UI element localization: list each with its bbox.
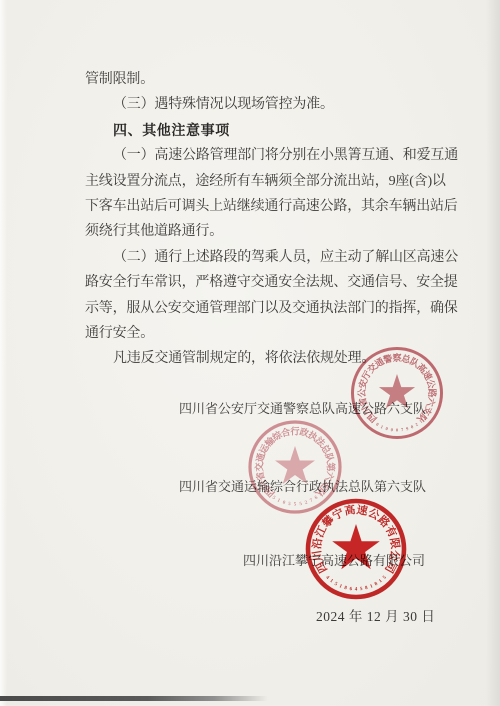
svg-text:合: 合 bbox=[280, 426, 293, 439]
svg-text:4: 4 bbox=[324, 575, 330, 581]
svg-text:六: 六 bbox=[425, 396, 438, 409]
svg-text:5: 5 bbox=[299, 502, 303, 507]
svg-text:1: 1 bbox=[418, 418, 424, 424]
svg-text:安: 安 bbox=[356, 378, 369, 390]
svg-text:1: 1 bbox=[329, 579, 334, 585]
svg-text:高: 高 bbox=[343, 502, 356, 518]
svg-text:5: 5 bbox=[333, 582, 338, 588]
svg-text:0: 0 bbox=[390, 427, 394, 432]
body-line: 凡违反交通管制规定的，将依法依规处理。 bbox=[85, 346, 439, 371]
body-line: 管制限制。 bbox=[85, 67, 439, 92]
svg-text:2: 2 bbox=[414, 421, 419, 427]
svg-text:1: 1 bbox=[378, 578, 383, 584]
svg-text:攀: 攀 bbox=[318, 512, 336, 530]
svg-text:1: 1 bbox=[276, 498, 281, 504]
svg-text:通: 通 bbox=[253, 451, 266, 464]
body-line: 通行安全。 bbox=[85, 321, 439, 346]
scanned-document-page: 管制限制。 （三）遇特殊情况以现场管控为准。 四、其他注意事项 （一）高速公路管… bbox=[0, 0, 500, 706]
document-date: 2024 年 12 月 30 日 bbox=[316, 605, 435, 625]
scan-edge-right bbox=[486, 0, 500, 706]
svg-text:有: 有 bbox=[383, 523, 400, 539]
svg-text:8: 8 bbox=[365, 586, 369, 592]
enforcement-seal-icon: 四川省交通运输综合行政执法总队第六支队 5151055527636 bbox=[250, 422, 340, 512]
svg-text:5: 5 bbox=[288, 502, 292, 507]
svg-text:0: 0 bbox=[396, 428, 399, 433]
svg-text:公: 公 bbox=[366, 506, 383, 523]
company-seal-icon: 四川沿江攀宁高速公路有限公司 4151864581815 bbox=[308, 501, 404, 597]
svg-text:5: 5 bbox=[382, 575, 388, 581]
svg-text:0: 0 bbox=[385, 426, 389, 432]
svg-text:综: 综 bbox=[270, 428, 284, 443]
svg-text:8: 8 bbox=[374, 581, 379, 587]
body-line: （二）通行上述路段的驾乘人员，应主动了解山区高速公 bbox=[85, 245, 439, 270]
svg-text:行: 行 bbox=[290, 426, 300, 437]
svg-text:5: 5 bbox=[271, 495, 276, 501]
svg-text:输: 输 bbox=[262, 434, 278, 450]
seal-code-text: 5101000790213 bbox=[367, 415, 428, 433]
svg-text:总: 总 bbox=[319, 442, 334, 456]
svg-text:政: 政 bbox=[297, 425, 310, 438]
svg-text:6: 6 bbox=[314, 495, 319, 501]
svg-text:速: 速 bbox=[356, 502, 369, 518]
svg-text:路: 路 bbox=[427, 388, 438, 397]
svg-text:4: 4 bbox=[355, 588, 358, 593]
body-line: 示等，服从公安交通管理部门以及交通执法部门的指挥，确保 bbox=[85, 296, 439, 321]
body-line: （一）高速公路管理部门将分别在小黑箐互通、和爱互通 bbox=[85, 143, 439, 168]
svg-text:公: 公 bbox=[357, 388, 367, 398]
svg-text:7: 7 bbox=[401, 427, 405, 432]
section-heading: 四、其他注意事项 bbox=[85, 118, 439, 143]
svg-text:1: 1 bbox=[370, 584, 375, 590]
svg-text:9: 9 bbox=[405, 426, 409, 432]
svg-text:法: 法 bbox=[313, 434, 328, 449]
svg-text:5: 5 bbox=[294, 503, 297, 508]
body-line: 下客车出站后可调头上站继续通行高速公路，其余车辆出站后 bbox=[85, 194, 439, 219]
svg-text:第: 第 bbox=[326, 462, 337, 472]
signature-police-unit: 四川省公安厅交通警察总队高速公路六支队 bbox=[179, 398, 426, 417]
svg-text:限: 限 bbox=[387, 537, 402, 550]
svg-text:执: 执 bbox=[306, 429, 320, 444]
svg-text:6: 6 bbox=[349, 587, 353, 592]
svg-text:7: 7 bbox=[309, 498, 314, 504]
svg-text:0: 0 bbox=[282, 501, 286, 507]
svg-text:路: 路 bbox=[375, 512, 393, 530]
svg-text:8: 8 bbox=[344, 586, 348, 592]
svg-text:运: 运 bbox=[257, 442, 272, 456]
svg-text:交: 交 bbox=[254, 462, 265, 472]
seal-code-text: 4151864581815 bbox=[324, 575, 388, 593]
svg-text:1: 1 bbox=[338, 584, 343, 590]
svg-text:1: 1 bbox=[371, 419, 377, 425]
svg-text:队: 队 bbox=[323, 452, 336, 465]
svg-text:0: 0 bbox=[375, 422, 380, 428]
svg-text:宁: 宁 bbox=[330, 505, 346, 522]
body-line: （三）遇特殊情况以现场管控为准。 bbox=[85, 92, 439, 117]
signature-expressway-company: 四川沿江攀宁高速公路有限公司 bbox=[243, 550, 425, 569]
body-line: 须绕行其他道路通行。 bbox=[85, 219, 439, 244]
scan-edge-left bbox=[0, 0, 7, 706]
svg-text:1: 1 bbox=[380, 424, 385, 430]
svg-text:江: 江 bbox=[311, 522, 329, 540]
scan-bottom-edge-bar bbox=[0, 696, 268, 701]
svg-text:0: 0 bbox=[410, 424, 415, 430]
svg-text:2: 2 bbox=[304, 500, 308, 506]
document-body: 管制限制。 （三）遇特殊情况以现场管控为准。 四、其他注意事项 （一）高速公路管… bbox=[85, 67, 439, 372]
svg-text:公: 公 bbox=[425, 378, 437, 390]
body-line: 主线设置分流点，途经所有车辆须全部分流出站，9座(含)以 bbox=[85, 169, 439, 194]
signature-enforcement-unit: 四川省交通运输综合行政执法总队第六支队 bbox=[179, 476, 426, 495]
svg-text:5: 5 bbox=[360, 587, 364, 592]
body-line: 路安全行车常识，严格遵守交通安全法规、交通信号、安全提 bbox=[85, 270, 439, 295]
svg-text:沿: 沿 bbox=[310, 537, 324, 550]
